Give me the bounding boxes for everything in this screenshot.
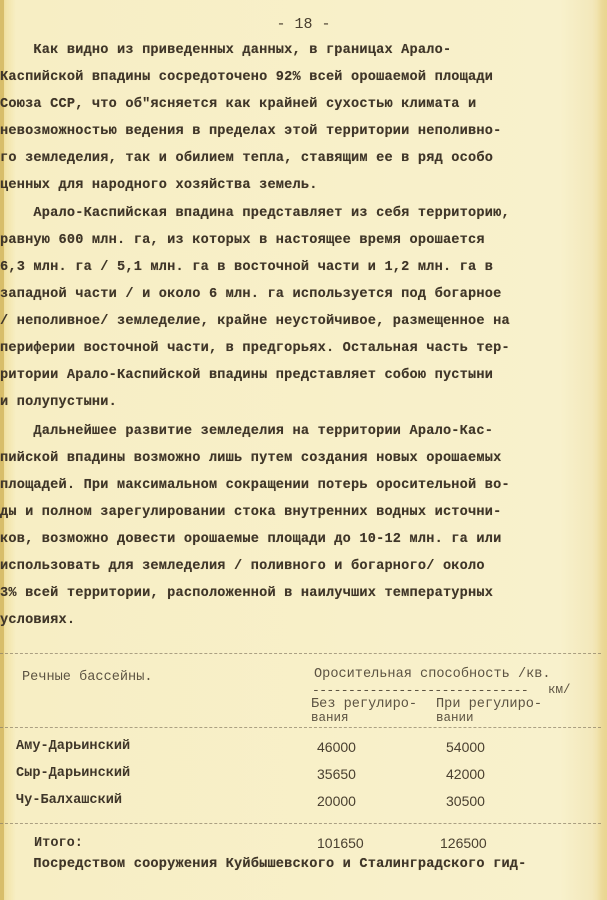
text-line: Каспийской впадины сосредоточено 92% все…: [0, 70, 493, 85]
text-line: / неполивное/ земледелие, крайне неустой…: [0, 314, 510, 329]
text-line: Арало-Каспийская впадина представляет из…: [0, 206, 510, 221]
table-header-with-regulation-1: При регулиро-: [436, 697, 542, 712]
table-total-without-regulation: 101650: [317, 835, 364, 851]
text-line: условиях.: [0, 613, 75, 628]
table-header-irrigation-capacity: Оросительная способность /кв.: [314, 667, 551, 682]
table-cell-basin: Аму-Дарьинский: [16, 739, 130, 754]
page-number: - 18 -: [0, 16, 607, 33]
table-bottom-rule: [0, 823, 601, 824]
text-line: Дальнейшее развитие земледелия на террит…: [0, 424, 493, 439]
table-top-rule: [0, 653, 601, 654]
text-line: ды и полном зарегулировании стока внутре…: [0, 505, 501, 520]
text-line: 3% всей территории, расположенной в наил…: [0, 586, 493, 601]
text-line: западной части / и около 6 млн. га испол…: [0, 287, 501, 302]
table-cell-basin: Сыр-Дарьинский: [16, 766, 130, 781]
table-header-unit: км/: [548, 683, 571, 697]
text-line: ритории Арало-Каспийской впадины предста…: [0, 368, 493, 383]
text-line: периферии восточной части, в предгорьях.…: [0, 341, 510, 356]
text-line: равную 600 млн. га, из которых в настоящ…: [0, 233, 485, 248]
text-line: невозможностью ведения в пределах этой т…: [0, 124, 501, 139]
document-page: - 18 - Как видно из приведенных данных, …: [0, 0, 607, 900]
text-line: и полупустыни.: [0, 395, 117, 410]
text-line: ков, возможно довести орошаемые площади …: [0, 532, 501, 547]
table-header-basins: Речные бассейны.: [22, 670, 153, 685]
table-cell-basin: Чу-Балхашский: [16, 793, 122, 808]
table-header-with-regulation-2: вании: [436, 711, 474, 725]
page-right-edge: [597, 0, 607, 900]
table-cell-with-regulation: 54000: [446, 739, 485, 755]
text-line: го земледелия, так и обилием тепла, став…: [0, 151, 493, 166]
table-total-with-regulation: 126500: [440, 835, 487, 851]
table-header-without-regulation-2: вания: [311, 711, 349, 725]
table-cell-without-regulation: 35650: [317, 766, 356, 782]
table-cell-with-regulation: 42000: [446, 766, 485, 782]
trailing-line: Посредством сооружения Куйбышевского и С…: [0, 857, 527, 872]
text-line: 6,3 млн. га / 5,1 млн. га в восточной ча…: [0, 260, 493, 275]
text-line: Как видно из приведенных данных, в грани…: [0, 43, 451, 58]
table-cell-without-regulation: 20000: [317, 793, 356, 809]
table-header-dashed-underline: ------------------------------: [312, 683, 528, 698]
text-line: пийской впадины возможно лишь путем созд…: [0, 451, 501, 466]
table-cell-without-regulation: 46000: [317, 739, 356, 755]
text-line: площадей. При максимальном сокращении по…: [0, 478, 510, 493]
text-line: Союза ССР, что об"ясняется как крайней с…: [0, 97, 476, 112]
text-line: использовать для земледелия / поливного …: [0, 559, 485, 574]
text-line: ценных для народного хозяйства земель.: [0, 178, 318, 193]
table-cell-with-regulation: 30500: [446, 793, 485, 809]
table-header-rule: [0, 727, 601, 728]
table-header-without-regulation-1: Без регулиро-: [311, 697, 417, 712]
table-total-label: Итого:: [34, 836, 83, 851]
